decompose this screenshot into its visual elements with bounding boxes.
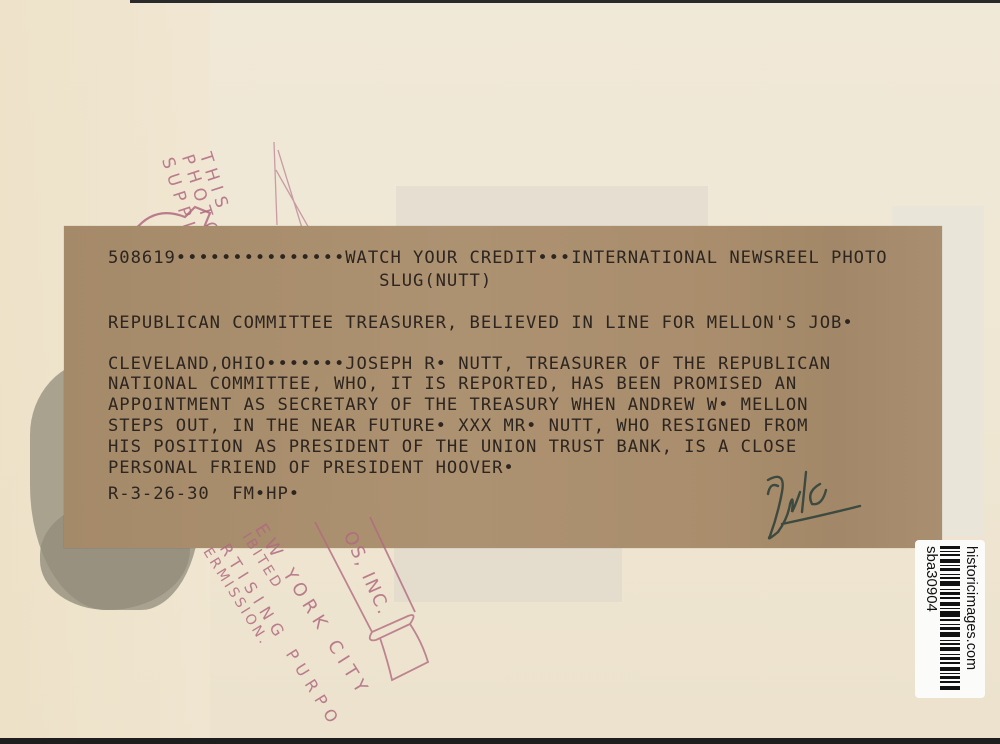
- tape-strip-upper: [396, 186, 708, 228]
- handwritten-signature-icon: [760, 462, 870, 542]
- caption-headline: REPUBLICAN COMMITTEE TREASURER, BELIEVED…: [108, 313, 854, 333]
- barcode-site-text: historicimages.com: [963, 546, 979, 670]
- barcode-icon: [940, 546, 960, 692]
- caption-body-5: HIS POSITION AS PRESIDENT OF THE UNION T…: [108, 437, 797, 457]
- barcode-label: historicimages.com sba30904: [915, 540, 985, 698]
- caption-line-1: 508619•••••••••••••••WATCH YOUR CREDIT••…: [108, 248, 888, 268]
- scan-top-edge: [130, 0, 1000, 3]
- caption-body-4: STEPS OUT, IN THE NEAR FUTURE• XXX MR• N…: [108, 416, 808, 436]
- caption-line-slug: SLUG(NUTT): [108, 271, 492, 291]
- caption-body-3: APPOINTMENT AS SECRETARY OF THE TREASURY…: [108, 395, 808, 415]
- stamp-lines-icon: [262, 140, 322, 230]
- caption-body-2: NATIONAL COMMITTEE, WHO, IT IS REPORTED,…: [108, 374, 797, 394]
- caption-body-1: CLEVELAND,OHIO•••••••JOSEPH R• NUTT, TRE…: [108, 354, 831, 374]
- caption-date-code: R-3-26-30 FM•HP•: [108, 484, 300, 504]
- barcode-id-text: sba30904: [923, 546, 940, 612]
- caption-body-6: PERSONAL FRIEND OF PRESIDENT HOOVER•: [108, 458, 515, 478]
- scan-bottom-edge: [0, 738, 1000, 744]
- scroll-stamp-bottom-icon: [310, 512, 430, 682]
